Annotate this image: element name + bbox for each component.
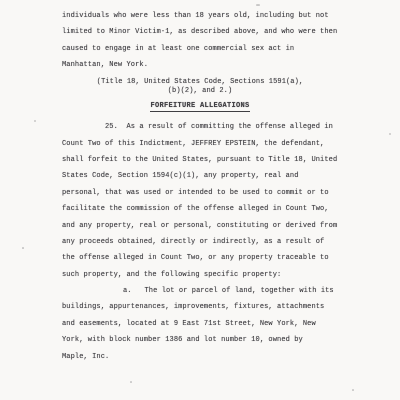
text-line: limited to Minor Victim-1, as described …	[62, 24, 372, 40]
citation-line: (b)(2), and 2.)	[62, 87, 338, 97]
text-line: the offense alleged in Count Two, or any…	[62, 250, 372, 266]
text-line: personal, that was used or intended to b…	[62, 185, 372, 201]
intro-paragraph: individuals who were less than 18 years …	[62, 8, 372, 74]
page-content: individuals who were less than 18 years …	[0, 8, 400, 365]
forfeiture-paragraph: 25. As a result of committing the offens…	[62, 119, 372, 283]
text-line: facilitate the commission of the offense…	[62, 201, 372, 217]
text-line: and easements, located at 9 East 71st St…	[62, 316, 372, 332]
document-page: individuals who were less than 18 years …	[0, 0, 400, 400]
text-line: 25. As a result of committing the offens…	[62, 119, 372, 135]
text-line: individuals who were less than 18 years …	[62, 8, 372, 24]
scan-artifact	[130, 381, 132, 383]
text-line: Manhattan, New York.	[62, 57, 372, 73]
property-subparagraph: a. The lot or parcel of land, together w…	[62, 283, 372, 365]
text-line: States Code, Section 1594(c)(1), any pro…	[62, 168, 372, 184]
section-heading: FORFEITURE ALLEGATIONS	[62, 102, 372, 110]
scan-artifact	[352, 389, 354, 391]
text-line: shall forfeit to the United States, purs…	[62, 152, 372, 168]
text-line: York, with block number 1386 and lot num…	[62, 332, 372, 348]
text-line: any proceeds obtained, directly or indir…	[62, 234, 372, 250]
text-line: a. The lot or parcel of land, together w…	[62, 283, 372, 299]
text-line: such property, and the following specifi…	[62, 267, 372, 283]
citation-line: (Title 18, United States Code, Sections …	[62, 78, 338, 88]
text-line: Count Two of this Indictment, JEFFREY EP…	[62, 136, 372, 152]
text-line: Maple, Inc.	[62, 349, 372, 365]
scan-artifact	[256, 4, 260, 6]
statute-citation: (Title 18, United States Code, Sections …	[62, 78, 372, 98]
text-line: caused to engage in at least one commerc…	[62, 41, 372, 57]
text-line: buildings, appurtenances, improvements, …	[62, 299, 372, 315]
section-heading-text: FORFEITURE ALLEGATIONS	[150, 102, 249, 112]
text-line: and any property, real or personal, cons…	[62, 218, 372, 234]
